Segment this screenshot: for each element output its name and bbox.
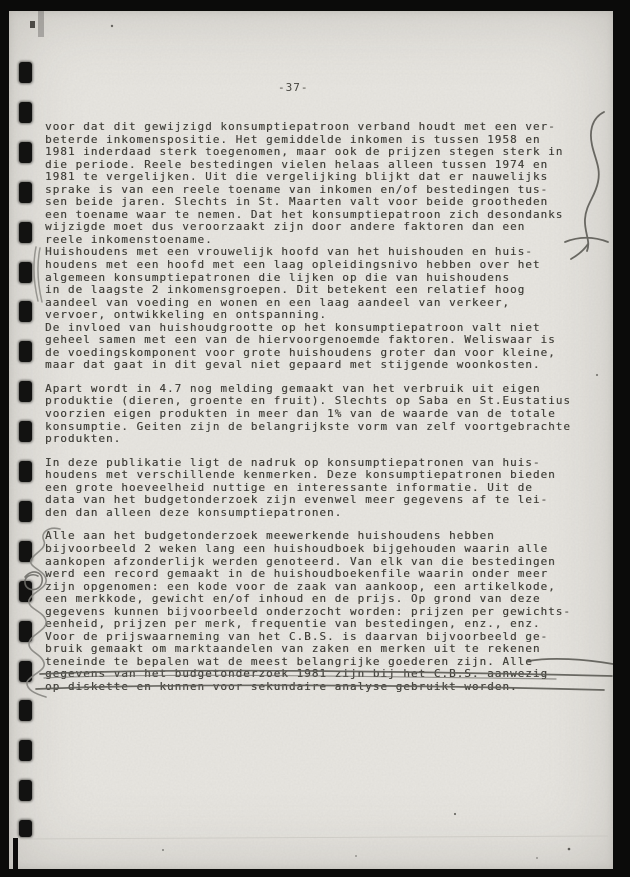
- text-line: konsumptie. Geiten zijn de belangrijkste…: [45, 421, 590, 434]
- text-line: voorzien eigen produkten in meer dan 1% …: [45, 408, 590, 421]
- paragraph: In deze publikatie ligt de nadruk op kon…: [45, 457, 590, 520]
- text-line: houdens met verschillende kenmerken. Dez…: [45, 469, 590, 482]
- text-line: vervoer, ontwikkeling en ontspanning.: [45, 309, 590, 322]
- binding-hole: [19, 262, 32, 283]
- text-line: den dan alleen deze konsumptiepatronen.: [45, 507, 590, 520]
- text-line: houdens met een hoofd met een laag oplei…: [45, 259, 590, 272]
- text-line: maar dat gaat in dit geval niet gepaard …: [45, 359, 590, 372]
- text-line: op diskette en kunnen voor sekundaire an…: [45, 681, 590, 694]
- text-line: werd een record gemaakt in de huishoudbo…: [45, 568, 590, 581]
- text-line: een merkkode, gewicht en/of inhoud en de…: [45, 593, 590, 606]
- binding-hole: [19, 62, 32, 83]
- scanned-document-page: -37- voor dat dit gewijzigd konsumptiepa…: [0, 0, 630, 877]
- binding-hole: [19, 780, 32, 801]
- scan-border-right: [613, 0, 630, 877]
- text-line: in de laagste 2 inkomensgroepen. Dit bet…: [45, 284, 590, 297]
- text-line: 1981 te vergelijken. Uit die vergelijkin…: [45, 171, 590, 184]
- scan-border-bottom: [0, 869, 630, 877]
- binding-hole: [19, 341, 32, 362]
- binding-hole: [19, 301, 32, 322]
- text-line: data van het budgetonderzoek zijn evenwe…: [45, 494, 590, 507]
- text-line: voor dat dit gewijzigd konsumptiepatroon…: [45, 121, 590, 134]
- binding-hole: [19, 661, 32, 682]
- binding-hole: [19, 102, 32, 123]
- binding-hole: [19, 182, 32, 203]
- document-text: voor dat dit gewijzigd konsumptiepatroon…: [45, 121, 590, 705]
- binding-hole: [19, 541, 32, 562]
- paragraph: Apart wordt in 4.7 nog melding gemaakt v…: [45, 383, 590, 446]
- text-line: geheel samen met een van de hiervoorgeno…: [45, 334, 590, 347]
- binding-hole: [19, 142, 32, 163]
- page-number: -37-: [278, 81, 309, 94]
- binding-hole: [19, 740, 32, 761]
- binding-hole: [19, 381, 32, 402]
- binding-hole: [19, 421, 32, 442]
- paragraph: Alle aan het budgetonderzoek meewerkende…: [45, 530, 590, 693]
- scan-border-left: [0, 0, 9, 877]
- text-line: bijvoorbeeld 2 weken lang een huishoudbo…: [45, 543, 590, 556]
- text-line: produkten.: [45, 433, 590, 446]
- binding-hole: [19, 461, 32, 482]
- text-line: sen beide jaren. Slechts in St. Maarten …: [45, 196, 590, 209]
- binding-hole: [19, 581, 32, 602]
- binding-hole: [19, 820, 32, 837]
- text-line: eenheid, prijzen per merk, frequentie va…: [45, 618, 590, 631]
- binding-hole: [19, 700, 32, 721]
- paragraph: voor dat dit gewijzigd konsumptiepatroon…: [45, 121, 590, 372]
- binding-hole: [19, 621, 32, 642]
- text-line: 1981 inderdaad sterk toegenomen, maar oo…: [45, 146, 590, 159]
- binding-hole: [19, 222, 32, 243]
- scan-border-top: [0, 0, 630, 11]
- binding-hole: [19, 501, 32, 522]
- text-line: bruik gemaakt om marktaandelen van zaken…: [45, 643, 590, 656]
